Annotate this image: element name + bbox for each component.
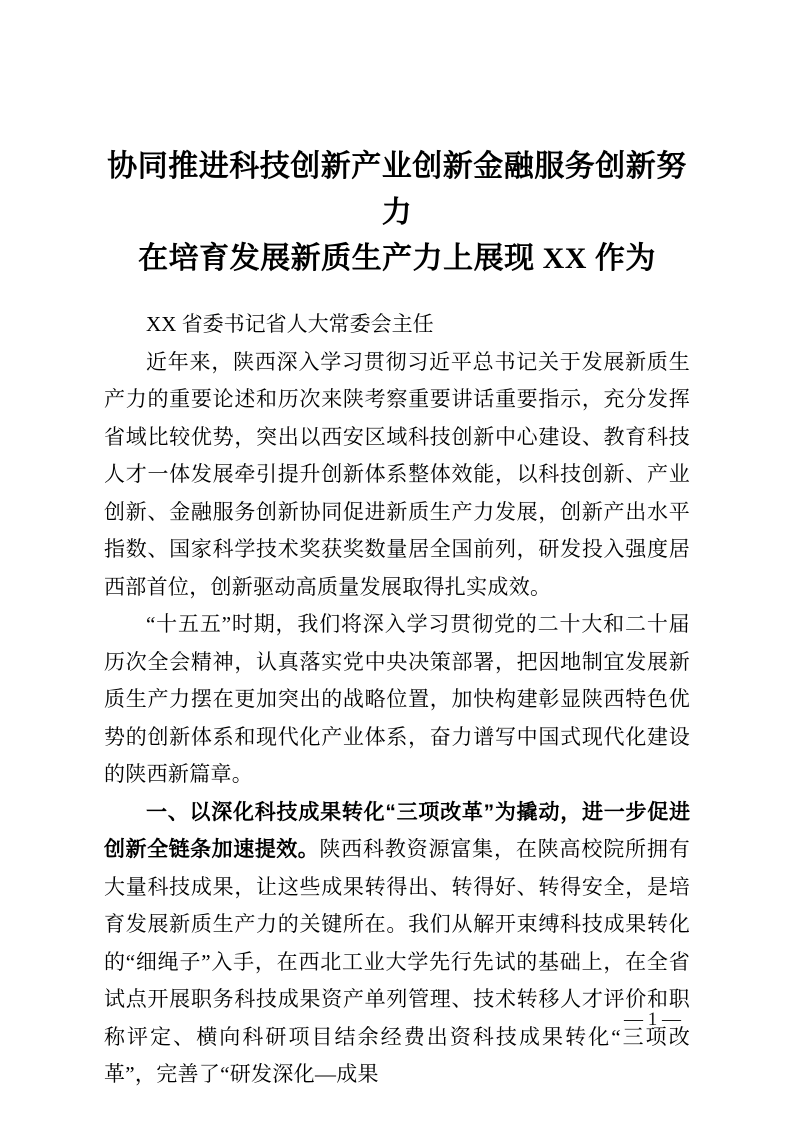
paragraph-3: 一、以深化科技成果转化“三项改革”为撬动，进一步促进创新全链条加速提效。陕西科教… (104, 794, 690, 1094)
document-page: 协同推进科技创新产业创新金融服务创新努力 在培育发展新质生产力上展现 XX 作为… (0, 0, 793, 1122)
author-byline: XX 省委书记省人大常委会主任 (104, 306, 690, 344)
paragraph-3-body: 陕西科教资源富集，在陕高校院所拥有大量科技成果，让这些成果转得出、转得好、转得安… (104, 837, 690, 1086)
page-number: — 1 — (624, 1008, 681, 1032)
title-line-1: 协同推进科技创新产业创新金融服务创新努力 (104, 144, 690, 236)
document-title: 协同推进科技创新产业创新金融服务创新努力 在培育发展新质生产力上展现 XX 作为 (104, 144, 690, 282)
paragraph-1: 近年来，陕西深入学习贯彻习近平总书记关于发展新质生产力的重要论述和历次来陕考察重… (104, 344, 690, 607)
document-content: 协同推进科技创新产业创新金融服务创新努力 在培育发展新质生产力上展现 XX 作为… (104, 0, 690, 1094)
title-line-2: 在培育发展新质生产力上展现 XX 作为 (104, 236, 690, 282)
paragraph-2: “十五五”时期，我们将深入学习贯彻党的二十大和二十届历次全会精神，认真落实党中央… (104, 606, 690, 794)
